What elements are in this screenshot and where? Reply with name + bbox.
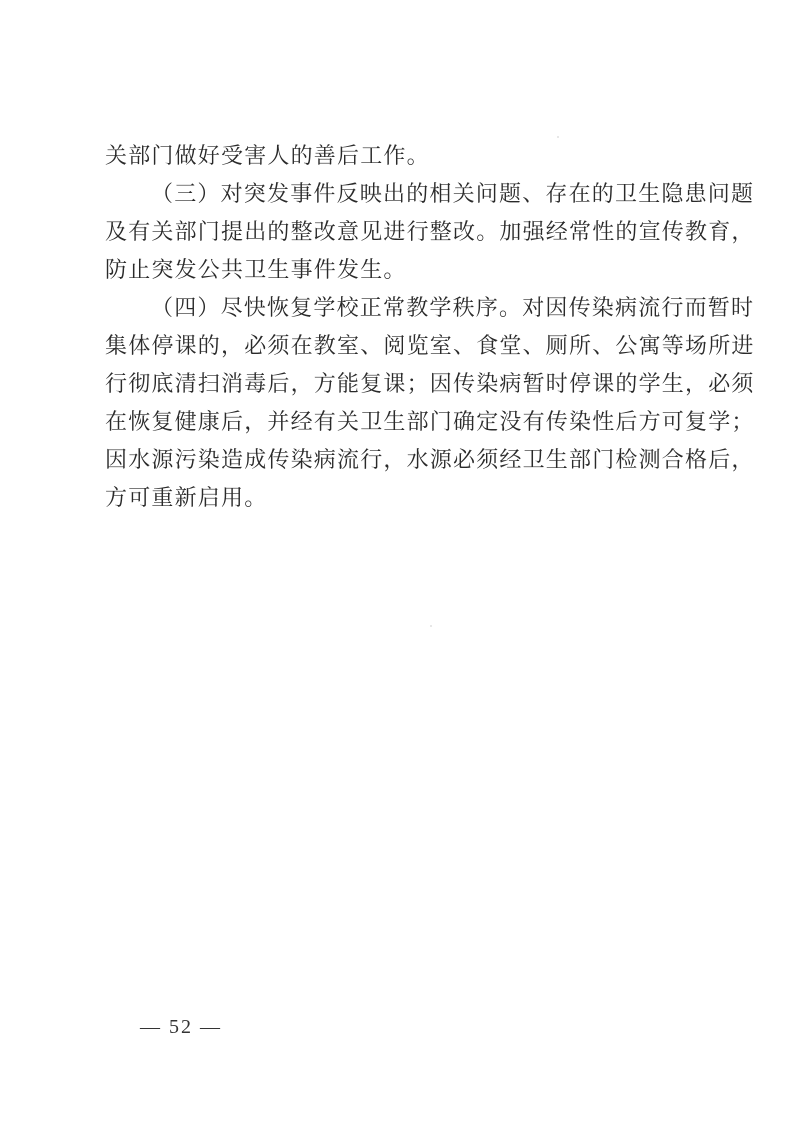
paragraph-line: 行彻底清扫消毒后，方能复课；因传染病暂时停课的学生，必须 <box>105 366 695 404</box>
paragraph-line: 防止突发公共卫生事件发生。 <box>105 252 695 290</box>
paragraph-line-section-three: （三）对突发事件反映出的相关问题、存在的卫生隐患问题 <box>105 176 695 214</box>
paragraph-line: 及有关部门提出的整改意见进行整改。加强经常性的宣传教育， <box>105 214 695 252</box>
paragraph-line-continuation: 关部门做好受害人的善后工作。 <box>105 138 695 176</box>
paragraph-line: 方可重新启用。 <box>105 480 695 518</box>
scan-speck <box>430 625 432 627</box>
body-text: 关部门做好受害人的善后工作。 （三）对突发事件反映出的相关问题、存在的卫生隐患问… <box>105 138 695 518</box>
paragraph-line: 因水源污染造成传染病流行，水源必须经卫生部门检测合格后， <box>105 442 695 480</box>
document-page: 关部门做好受害人的善后工作。 （三）对突发事件反映出的相关问题、存在的卫生隐患问… <box>0 0 793 1122</box>
page-number: — 52 — <box>140 1016 222 1039</box>
scan-speck <box>557 136 559 138</box>
paragraph-line: 在恢复健康后，并经有关卫生部门确定没有传染性后方可复学； <box>105 404 695 442</box>
paragraph-line-section-four: （四）尽快恢复学校正常教学秩序。对因传染病流行而暂时 <box>105 290 695 328</box>
paragraph-line: 集体停课的，必须在教室、阅览室、食堂、厕所、公寓等场所进 <box>105 328 695 366</box>
